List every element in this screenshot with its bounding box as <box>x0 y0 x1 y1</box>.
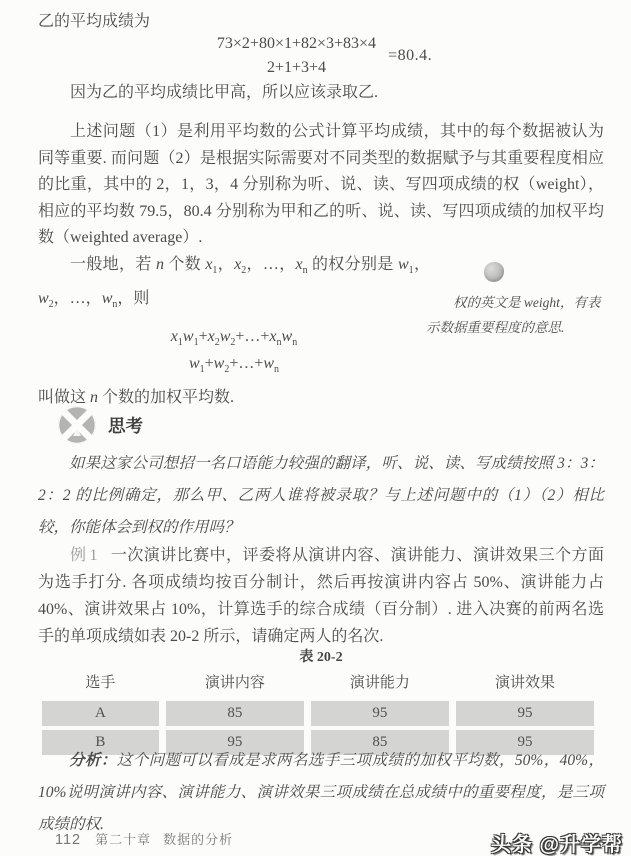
weight-explanation-paragraph: 上述问题（1）是利用平均数的公式计算平均成绩，其中的每个数据被认为同等重要. 而… <box>38 119 604 252</box>
pebble-icon <box>484 262 504 282</box>
analysis-paragraph: 分析：这个问题可以看成是求两名选手三项成绩的加权平均数，50%，40%，10%说… <box>38 745 604 841</box>
page-footer: 112第二十章数据的分析 <box>55 829 233 848</box>
fraction-denominator: 2+1+3+4 <box>209 56 384 78</box>
think-question-text: 如果这家公司想招一名口语能力较强的翻译，听、说、读、写成绩按照 3：3：2：2 … <box>38 448 604 544</box>
margin-note: 权的英文是 weight，有表示数据重要程度的意思. <box>426 262 601 340</box>
col-header-content: 演讲内容 <box>166 668 304 697</box>
formula-result: =80.4. <box>388 47 432 65</box>
chapter-title: 数据的分析 <box>163 832 233 847</box>
conclusion-line: 因为乙的平均成绩比甲高，所以应该录取乙. <box>38 80 603 107</box>
general-average-formula: x1w1+x2w2+…+xnwn w1+w2+…+wn <box>38 327 430 376</box>
fraction-numerator: 73×2+80×1+82×3+83×4 <box>209 34 384 56</box>
margin-note-text: 权的英文是 weight，有表示数据重要程度的意思. <box>426 290 601 340</box>
cell-score: 95 <box>311 701 449 726</box>
fraction-numerator: x1w1+x2w2+…+xnwn <box>163 327 305 352</box>
think-section-header: 思考 <box>56 404 143 446</box>
fraction: x1w1+x2w2+…+xnwn w1+w2+…+wn <box>163 327 305 376</box>
intro-line: 乙的平均成绩为 <box>38 9 603 36</box>
analysis-label: 分析： <box>69 752 117 769</box>
think-title: 思考 <box>108 413 143 438</box>
col-header-ability: 演讲能力 <box>311 668 449 697</box>
cell-score: 95 <box>456 701 594 726</box>
numeric-average-formula: 73×2+80×1+82×3+83×4 2+1+3+4 =80.4. <box>38 34 603 78</box>
analysis-text: 这个问题可以看成是求两名选手三项成绩的加权平均数，50%，40%，10%说明演讲… <box>38 752 604 833</box>
chapter-label: 第二十章 <box>95 832 151 847</box>
general-definition-section: 一般地，若 n 个数 x1，x2，…，xn 的权分别是 w1，w2，…，wn，则… <box>38 251 430 411</box>
table-header-row: 选手 演讲内容 演讲能力 演讲效果 <box>42 668 594 697</box>
col-header-effect: 演讲效果 <box>456 668 594 697</box>
textbook-page: 乙的平均成绩为 73×2+80×1+82×3+83×4 2+1+3+4 =80.… <box>0 0 631 856</box>
general-definition-lead: 一般地，若 n 个数 x1，x2，…，xn 的权分别是 w1，w2，…，wn，则 <box>38 251 430 319</box>
page-number: 112 <box>55 832 81 848</box>
fraction-denominator: w1+w2+…+wn <box>163 352 305 377</box>
example-1-label: 例1 <box>70 547 100 564</box>
think-ball-icon <box>56 404 98 446</box>
fraction: 73×2+80×1+82×3+83×4 2+1+3+4 <box>209 34 384 78</box>
example-1-text: 一次演讲比赛中，评委将从演讲内容、演讲能力、演讲效果三个方面为选手打分. 各项成… <box>38 547 604 645</box>
table-row: A 85 95 95 <box>42 701 594 726</box>
watermark: 头条 @升学帮 <box>491 828 623 856</box>
cell-score: 85 <box>166 701 304 726</box>
table-caption: 表 20-2 <box>38 646 604 666</box>
cell-contestant: A <box>42 701 159 726</box>
col-header-contestant: 选手 <box>42 668 159 697</box>
example-1-paragraph: 例1一次演讲比赛中，评委将从演讲内容、演讲能力、演讲效果三个方面为选手打分. 各… <box>38 542 604 650</box>
